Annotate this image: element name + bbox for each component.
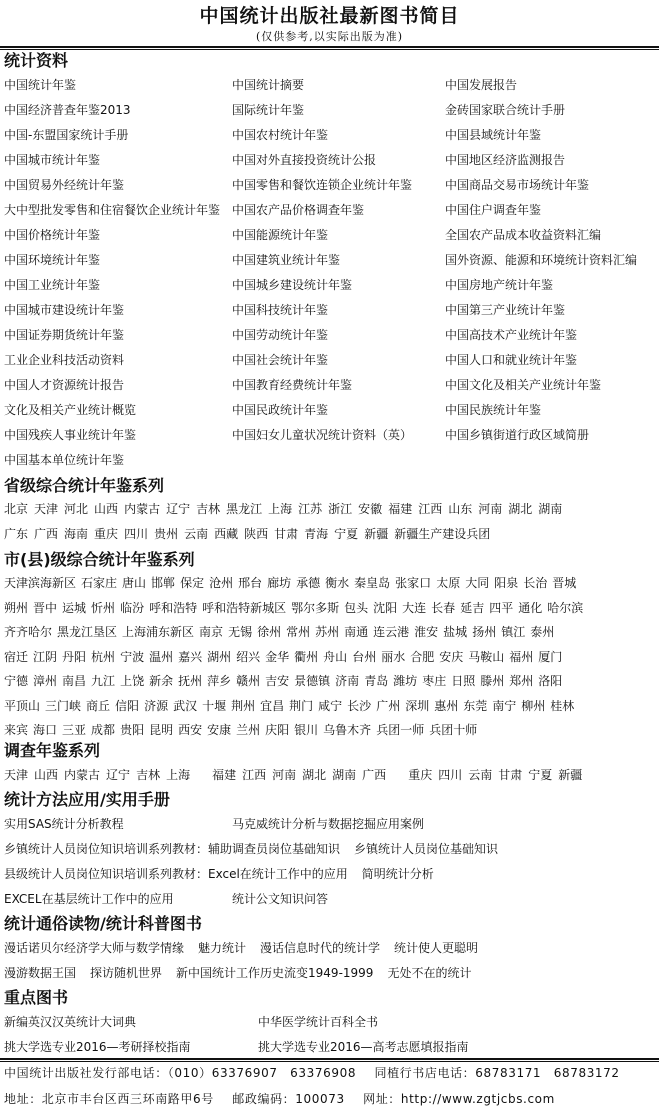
- city-item[interactable]: 九江: [91, 674, 115, 688]
- city-item[interactable]: 舟山: [323, 650, 347, 664]
- book-title-item[interactable]: 中国高技术产业统计年鉴: [445, 327, 577, 343]
- book-title-item[interactable]: 中国残疾人事业统计年鉴: [4, 427, 136, 443]
- footer-postcode: 邮政编码：100073: [232, 1092, 344, 1106]
- section-heading-methods: 统计方法应用/实用手册: [4, 790, 170, 810]
- book-title-item[interactable]: 中国零售和餐饮连锁企业统计年鉴: [232, 177, 412, 193]
- popular-book-item[interactable]: 漫游数据王国: [4, 966, 76, 980]
- city-item[interactable]: 盐城: [443, 625, 467, 639]
- province-item[interactable]: 青海: [304, 527, 328, 541]
- province-item[interactable]: 海南: [64, 527, 88, 541]
- book-title-item[interactable]: 中国商品交易市场统计年鉴: [445, 177, 589, 193]
- book-title-item[interactable]: 中国贸易外经统计年鉴: [4, 177, 124, 193]
- city-item[interactable]: 柳州: [521, 699, 545, 713]
- popular-book-item[interactable]: 魅力统计: [198, 941, 246, 955]
- city-item[interactable]: 成都: [91, 723, 115, 737]
- city-item[interactable]: 呼和浩特新城区: [202, 601, 286, 615]
- city-item[interactable]: 苏州: [315, 625, 339, 639]
- province-item[interactable]: 广东: [4, 527, 28, 541]
- book-title-item[interactable]: 中国城乡建设统计年鉴: [232, 277, 352, 293]
- province-item[interactable]: 陕西: [244, 527, 268, 541]
- city-item[interactable]: 淮安: [414, 625, 438, 639]
- city-item[interactable]: 萍乡: [207, 674, 231, 688]
- survey-item[interactable]: 河南: [272, 768, 296, 782]
- footer-contact-line: 中国统计出版社发行部电话：（010）63376907 63376908 同植行书…: [4, 1065, 634, 1081]
- popular-book-item[interactable]: 统计使人更聪明: [394, 941, 478, 955]
- province-item[interactable]: 黑龙江: [226, 502, 262, 516]
- book-title-item[interactable]: 中国民政统计年鉴: [232, 402, 328, 418]
- key-book-item[interactable]: 挑大学选专业2016—考研择校指南: [4, 1039, 191, 1055]
- city-item[interactable]: 嘉兴: [178, 650, 202, 664]
- book-title-item[interactable]: 中国住户调查年鉴: [445, 202, 541, 218]
- survey-item[interactable]: 宁夏: [528, 768, 552, 782]
- city-item[interactable]: 南京: [199, 625, 223, 639]
- book-title-item[interactable]: 国际统计年鉴: [232, 102, 304, 118]
- book-title-item[interactable]: 中国人口和就业统计年鉴: [445, 352, 577, 368]
- city-row: 来宾海口三亚成都贵阳昆明西安安康兰州庆阳银川乌鲁木齐兵团一师兵团十师: [4, 722, 482, 738]
- city-item[interactable]: 平顶山: [4, 699, 40, 713]
- city-item[interactable]: 潍坊: [393, 674, 417, 688]
- city-item[interactable]: 福州: [509, 650, 533, 664]
- city-item[interactable]: 徐州: [257, 625, 281, 639]
- province-item[interactable]: 西藏: [214, 527, 238, 541]
- survey-row: 天津山西内蒙古辽宁吉林上海福建江西河南湖北湖南广西重庆四川云南甘肃宁夏新疆: [4, 767, 588, 783]
- city-item[interactable]: 贵阳: [120, 723, 144, 737]
- city-item[interactable]: 保定: [180, 576, 204, 590]
- book-title-item[interactable]: 中国发展报告: [445, 77, 517, 93]
- section-heading-stats-data: 统计资料: [4, 51, 68, 71]
- city-item[interactable]: 日照: [451, 674, 475, 688]
- city-item[interactable]: 晋城: [552, 576, 576, 590]
- book-title-item[interactable]: 中国地区经济监测报告: [445, 152, 565, 168]
- method-row: 乡镇统计人员岗位知识培训系列教材：辅助调查员岗位基础知识乡镇统计人员岗位基础知识: [4, 841, 504, 857]
- survey-item[interactable]: 上海: [166, 768, 190, 782]
- city-item[interactable]: 齐齐哈尔: [4, 625, 52, 639]
- city-item[interactable]: 赣州: [236, 674, 260, 688]
- city-item[interactable]: 四平: [489, 601, 513, 615]
- city-item[interactable]: 江阴: [33, 650, 57, 664]
- method-book-item[interactable]: 县级统计人员岗位知识培训系列教材：Excel在统计工作中的应用: [4, 867, 348, 881]
- city-item[interactable]: 哈尔滨: [547, 601, 583, 615]
- survey-item[interactable]: 内蒙古: [64, 768, 100, 782]
- city-item[interactable]: 荆门: [289, 699, 313, 713]
- province-item[interactable]: 河北: [64, 502, 88, 516]
- city-item[interactable]: 广州: [376, 699, 400, 713]
- city-item[interactable]: 吉安: [265, 674, 289, 688]
- city-item[interactable]: 秦皇岛: [354, 576, 390, 590]
- city-item[interactable]: 衢州: [294, 650, 318, 664]
- city-item[interactable]: 连云港: [373, 625, 409, 639]
- city-item[interactable]: 兵团一师: [376, 723, 424, 737]
- city-item[interactable]: 安康: [207, 723, 231, 737]
- province-item[interactable]: 浙江: [328, 502, 352, 516]
- page-subtitle: (仅供参考,以实际出版为准): [0, 30, 659, 44]
- city-item[interactable]: 咸宁: [318, 699, 342, 713]
- city-row: 齐齐哈尔黑龙江垦区上海浦东新区南京无锡徐州常州苏州南通连云港淮安盐城扬州镇江泰州: [4, 624, 559, 640]
- city-item[interactable]: 大连: [402, 601, 426, 615]
- city-item[interactable]: 三亚: [62, 723, 86, 737]
- book-title-item[interactable]: 中国农村统计年鉴: [232, 127, 328, 143]
- book-title-item[interactable]: 中国经济普查年鉴2013: [4, 102, 131, 118]
- method-row: 县级统计人员岗位知识培训系列教材：Excel在统计工作中的应用简明统计分析: [4, 866, 440, 882]
- province-item[interactable]: 福建: [388, 502, 412, 516]
- province-item[interactable]: 江西: [418, 502, 442, 516]
- city-item[interactable]: 忻州: [91, 601, 115, 615]
- city-item[interactable]: 运城: [62, 601, 86, 615]
- province-item[interactable]: 河南: [478, 502, 502, 516]
- city-item[interactable]: 宁德: [4, 674, 28, 688]
- header-divider: [0, 46, 659, 50]
- city-item[interactable]: 南通: [344, 625, 368, 639]
- survey-item[interactable]: 天津: [4, 768, 28, 782]
- city-item[interactable]: 商丘: [86, 699, 110, 713]
- province-item[interactable]: 重庆: [94, 527, 118, 541]
- book-title-item[interactable]: 中国能源统计年鉴: [232, 227, 328, 243]
- method-book-item[interactable]: 实用SAS统计分析教程: [4, 816, 124, 832]
- city-item[interactable]: 台州: [352, 650, 376, 664]
- city-item[interactable]: 承德: [296, 576, 320, 590]
- city-item[interactable]: 绍兴: [236, 650, 260, 664]
- city-item[interactable]: 黑龙江垦区: [57, 625, 117, 639]
- city-item[interactable]: 安庆: [439, 650, 463, 664]
- city-item[interactable]: 青岛: [364, 674, 388, 688]
- city-item[interactable]: 漳州: [33, 674, 57, 688]
- book-title-item[interactable]: 中国人才资源统计报告: [4, 377, 124, 393]
- city-item[interactable]: 滕州: [480, 674, 504, 688]
- city-item[interactable]: 马鞍山: [468, 650, 504, 664]
- book-title-item[interactable]: 中国房地产统计年鉴: [445, 277, 553, 293]
- city-item[interactable]: 衡水: [325, 576, 349, 590]
- city-item[interactable]: 抚州: [178, 674, 202, 688]
- city-item[interactable]: 长沙: [347, 699, 371, 713]
- footer-address-line: 地址：北京市丰台区西三环南路甲6号 邮政编码：100073 网址：http://…: [4, 1091, 569, 1107]
- book-title-item[interactable]: 中国城市统计年鉴: [4, 152, 100, 168]
- city-item[interactable]: 通化: [518, 601, 542, 615]
- city-item[interactable]: 邯郸: [151, 576, 175, 590]
- book-title-item[interactable]: 中国农产品价格调查年鉴: [232, 202, 364, 218]
- city-item[interactable]: 沧州: [209, 576, 233, 590]
- city-item[interactable]: 庆阳: [265, 723, 289, 737]
- book-title-item[interactable]: 中国妇女儿童状况统计资料（英）: [232, 427, 412, 443]
- province-item[interactable]: 吉林: [196, 502, 220, 516]
- survey-item[interactable]: 四川: [438, 768, 462, 782]
- book-title-item[interactable]: 中国教育经费统计年鉴: [232, 377, 352, 393]
- popular-row: 漫话诺贝尔经济学大师与数学情缘魅力统计漫话信息时代的统计学统计使人更聪明: [4, 940, 492, 956]
- section-heading-provincial: 省级综合统计年鉴系列: [4, 476, 164, 496]
- city-item[interactable]: 三门峡: [45, 699, 81, 713]
- city-item[interactable]: 张家口: [395, 576, 431, 590]
- city-item[interactable]: 宁波: [120, 650, 144, 664]
- city-item[interactable]: 东莞: [463, 699, 487, 713]
- city-item[interactable]: 石家庄: [81, 576, 117, 590]
- survey-item[interactable]: 广西: [362, 768, 386, 782]
- city-item[interactable]: 南宁: [492, 699, 516, 713]
- method-book-item[interactable]: 乡镇统计人员岗位基础知识: [354, 842, 498, 856]
- city-item[interactable]: 合肥: [410, 650, 434, 664]
- city-item[interactable]: 兵团十师: [429, 723, 477, 737]
- city-item[interactable]: 十堰: [202, 699, 226, 713]
- book-title-item[interactable]: 中国统计年鉴: [4, 77, 76, 93]
- province-item[interactable]: 甘肃: [274, 527, 298, 541]
- book-title-item[interactable]: 大中型批发零售和住宿餐饮企业统计年鉴: [4, 202, 220, 218]
- section-heading-municipal: 市(县)级综合统计年鉴系列: [4, 550, 195, 570]
- survey-item[interactable]: 吉林: [136, 768, 160, 782]
- city-item[interactable]: 兰州: [236, 723, 260, 737]
- footer-website[interactable]: 网址：http://www.zgtjcbs.com: [363, 1092, 555, 1106]
- popular-book-item[interactable]: 漫话信息时代的统计学: [260, 941, 380, 955]
- method-book-item[interactable]: 乡镇统计人员岗位知识培训系列教材：辅助调查员岗位基础知识: [4, 842, 340, 856]
- survey-item[interactable]: 重庆: [408, 768, 432, 782]
- popular-book-item[interactable]: 探访随机世界: [90, 966, 162, 980]
- city-item[interactable]: 武汉: [173, 699, 197, 713]
- book-title-item[interactable]: 全国农产品成本收益资料汇编: [445, 227, 601, 243]
- city-item[interactable]: 上海浦东新区: [122, 625, 194, 639]
- popular-row: 漫游数据王国探访随机世界新中国统计工作历史流变1949-1999无处不在的统计: [4, 965, 485, 981]
- province-item[interactable]: 内蒙古: [124, 502, 160, 516]
- province-item[interactable]: 辽宁: [166, 502, 190, 516]
- city-item[interactable]: 太原: [436, 576, 460, 590]
- book-title-item[interactable]: 中国劳动统计年鉴: [232, 327, 328, 343]
- city-item[interactable]: 南昌: [62, 674, 86, 688]
- popular-book-item[interactable]: 新中国统计工作历史流变1949-1999: [176, 966, 373, 980]
- book-title-item[interactable]: 中国文化及相关产业统计年鉴: [445, 377, 601, 393]
- city-item[interactable]: 唐山: [122, 576, 146, 590]
- city-item[interactable]: 丽水: [381, 650, 405, 664]
- book-title-item[interactable]: 国外资源、能源和环境统计资料汇编: [445, 252, 637, 268]
- city-item[interactable]: 乌鲁木齐: [323, 723, 371, 737]
- city-item[interactable]: 湖州: [207, 650, 231, 664]
- city-item[interactable]: 枣庄: [422, 674, 446, 688]
- city-item[interactable]: 长治: [523, 576, 547, 590]
- city-item[interactable]: 鄂尔多斯: [291, 601, 339, 615]
- province-row: 北京天津河北山西内蒙古辽宁吉林黑龙江上海江苏浙江安徽福建江西山东河南湖北湖南: [4, 501, 568, 517]
- city-item[interactable]: 大同: [465, 576, 489, 590]
- book-title-item[interactable]: 中国基本单位统计年鉴: [4, 452, 124, 468]
- city-item[interactable]: 深圳: [405, 699, 429, 713]
- city-item[interactable]: 长春: [431, 601, 455, 615]
- book-title-item[interactable]: 中国第三产业统计年鉴: [445, 302, 565, 318]
- city-row: 朔州晋中运城忻州临汾呼和浩特呼和浩特新城区鄂尔多斯包头沈阳大连长春延吉四平通化哈…: [4, 600, 588, 616]
- city-item[interactable]: 桂林: [550, 699, 574, 713]
- province-item[interactable]: 新疆: [364, 527, 388, 541]
- method-book-item[interactable]: 马克威统计分析与数据挖掘应用案例: [232, 816, 424, 832]
- survey-item[interactable]: 辽宁: [106, 768, 130, 782]
- book-title-item[interactable]: 中国-东盟国家统计手册: [4, 127, 128, 143]
- survey-item[interactable]: 湖南: [332, 768, 356, 782]
- book-title-item[interactable]: 中国统计摘要: [232, 77, 304, 93]
- city-item[interactable]: 呼和浩特: [149, 601, 197, 615]
- city-item[interactable]: 阳泉: [494, 576, 518, 590]
- city-item[interactable]: 沈阳: [373, 601, 397, 615]
- city-item[interactable]: 延吉: [460, 601, 484, 615]
- book-title-item[interactable]: 中国民族统计年鉴: [445, 402, 541, 418]
- province-item[interactable]: 上海: [268, 502, 292, 516]
- city-item[interactable]: 上饶: [120, 674, 144, 688]
- city-item[interactable]: 惠州: [434, 699, 458, 713]
- province-item[interactable]: 宁夏: [334, 527, 358, 541]
- popular-book-item[interactable]: 无处不在的统计: [387, 966, 471, 980]
- city-row: 宿迁江阴丹阳杭州宁波温州嘉兴湖州绍兴金华衢州舟山台州丽水合肥安庆马鞍山福州厦门: [4, 649, 567, 665]
- city-item[interactable]: 包头: [344, 601, 368, 615]
- city-item[interactable]: 昆明: [149, 723, 173, 737]
- book-title-item[interactable]: 中国城市建设统计年鉴: [4, 302, 124, 318]
- city-item[interactable]: 丹阳: [62, 650, 86, 664]
- province-item[interactable]: 湖南: [538, 502, 562, 516]
- province-item[interactable]: 山西: [94, 502, 118, 516]
- footer-address: 地址：北京市丰台区西三环南路甲6号: [4, 1092, 214, 1106]
- book-title-item[interactable]: 中国建筑业统计年鉴: [232, 252, 340, 268]
- page-title: 中国统计出版社最新图书简目: [0, 4, 659, 28]
- book-title-item[interactable]: 中国价格统计年鉴: [4, 227, 100, 243]
- province-item[interactable]: 新疆生产建设兵团: [394, 527, 490, 541]
- city-item[interactable]: 临汾: [120, 601, 144, 615]
- city-item[interactable]: 宜昌: [260, 699, 284, 713]
- survey-item[interactable]: 福建: [212, 768, 236, 782]
- survey-item[interactable]: 湖北: [302, 768, 326, 782]
- key-book-item[interactable]: 挑大学选专业2016—高考志愿填报指南: [258, 1039, 469, 1055]
- city-item[interactable]: 银川: [294, 723, 318, 737]
- city-item[interactable]: 景德镇: [294, 674, 330, 688]
- province-item[interactable]: 湖北: [508, 502, 532, 516]
- city-item[interactable]: 洛阳: [538, 674, 562, 688]
- book-title-item[interactable]: 中国对外直接投资统计公报: [232, 152, 376, 168]
- section-heading-survey: 调查年鉴系列: [4, 741, 100, 761]
- city-item[interactable]: 天津滨海新区: [4, 576, 76, 590]
- footer-publisher-phone: 中国统计出版社发行部电话：（010）63376907 63376908: [4, 1066, 356, 1080]
- city-item[interactable]: 郑州: [509, 674, 533, 688]
- city-item[interactable]: 信阳: [115, 699, 139, 713]
- city-item[interactable]: 朔州: [4, 601, 28, 615]
- book-title-item[interactable]: 中国县域统计年鉴: [445, 127, 541, 143]
- city-item[interactable]: 济南: [335, 674, 359, 688]
- city-row: 平顶山三门峡商丘信阳济源武汉十堰荆州宜昌荆门咸宁长沙广州深圳惠州东莞南宁柳州桂林: [4, 698, 579, 714]
- city-item[interactable]: 廊坊: [267, 576, 291, 590]
- survey-item[interactable]: 甘肃: [498, 768, 522, 782]
- survey-item[interactable]: 山西: [34, 768, 58, 782]
- province-item[interactable]: 广西: [34, 527, 58, 541]
- survey-item[interactable]: 新疆: [558, 768, 582, 782]
- section-heading-popular: 统计通俗读物/统计科普图书: [4, 914, 202, 934]
- city-item[interactable]: 来宾: [4, 723, 28, 737]
- city-item[interactable]: 常州: [286, 625, 310, 639]
- book-title-item[interactable]: 金砖国家联合统计手册: [445, 102, 565, 118]
- method-book-item[interactable]: EXCEL在基层统计工作中的应用: [4, 891, 174, 907]
- book-title-item[interactable]: 工业企业科技活动资料: [4, 352, 124, 368]
- city-item[interactable]: 厦门: [538, 650, 562, 664]
- book-title-item[interactable]: 中国证券期货统计年鉴: [4, 327, 124, 343]
- city-item[interactable]: 宿迁: [4, 650, 28, 664]
- province-item[interactable]: 云南: [184, 527, 208, 541]
- city-item[interactable]: 邢台: [238, 576, 262, 590]
- city-item[interactable]: 杭州: [91, 650, 115, 664]
- city-item[interactable]: 荆州: [231, 699, 255, 713]
- footer-bookstore-phone: 同植行书店电话：68783171 68783172: [374, 1066, 619, 1080]
- city-item[interactable]: 温州: [149, 650, 173, 664]
- book-title-item[interactable]: 中国工业统计年鉴: [4, 277, 100, 293]
- province-item[interactable]: 北京: [4, 502, 28, 516]
- method-book-item[interactable]: 统计公文知识问答: [232, 891, 328, 907]
- province-item[interactable]: 四川: [124, 527, 148, 541]
- survey-item[interactable]: 云南: [468, 768, 492, 782]
- book-title-item[interactable]: 中国社会统计年鉴: [232, 352, 328, 368]
- book-title-item[interactable]: 文化及相关产业统计概览: [4, 402, 136, 418]
- popular-book-item[interactable]: 漫话诺贝尔经济学大师与数学情缘: [4, 941, 184, 955]
- book-title-item[interactable]: 中国科技统计年鉴: [232, 302, 328, 318]
- city-row: 宁德漳州南昌九江上饶新余抚州萍乡赣州吉安景德镇济南青岛潍坊枣庄日照滕州郑州洛阳: [4, 673, 567, 689]
- key-book-item[interactable]: 新编英汉汉英统计大词典: [4, 1014, 136, 1030]
- province-item[interactable]: 天津: [34, 502, 58, 516]
- city-item[interactable]: 济源: [144, 699, 168, 713]
- city-item[interactable]: 金华: [265, 650, 289, 664]
- city-row: 天津滨海新区石家庄唐山邯郸保定沧州邢台廊坊承德衡水秦皇岛张家口太原大同阳泉长治晋…: [4, 575, 581, 591]
- book-title-item[interactable]: 中国环境统计年鉴: [4, 252, 100, 268]
- city-item[interactable]: 晋中: [33, 601, 57, 615]
- book-title-item[interactable]: 中国乡镇街道行政区域简册: [445, 427, 589, 443]
- province-item[interactable]: 安徽: [358, 502, 382, 516]
- province-item[interactable]: 山东: [448, 502, 472, 516]
- province-row: 广东广西海南重庆四川贵州云南西藏陕西甘肃青海宁夏新疆新疆生产建设兵团: [4, 526, 496, 542]
- city-item[interactable]: 扬州: [472, 625, 496, 639]
- footer-divider: [0, 1058, 659, 1062]
- city-item[interactable]: 西安: [178, 723, 202, 737]
- city-item[interactable]: 新余: [149, 674, 173, 688]
- province-item[interactable]: 贵州: [154, 527, 178, 541]
- city-item[interactable]: 无锡: [228, 625, 252, 639]
- survey-item[interactable]: 江西: [242, 768, 266, 782]
- key-book-item[interactable]: 中华医学统计百科全书: [258, 1014, 378, 1030]
- section-heading-key-books: 重点图书: [4, 988, 68, 1008]
- province-item[interactable]: 江苏: [298, 502, 322, 516]
- city-item[interactable]: 泰州: [530, 625, 554, 639]
- city-item[interactable]: 镇江: [501, 625, 525, 639]
- method-book-item[interactable]: 简明统计分析: [362, 867, 434, 881]
- city-item[interactable]: 海口: [33, 723, 57, 737]
